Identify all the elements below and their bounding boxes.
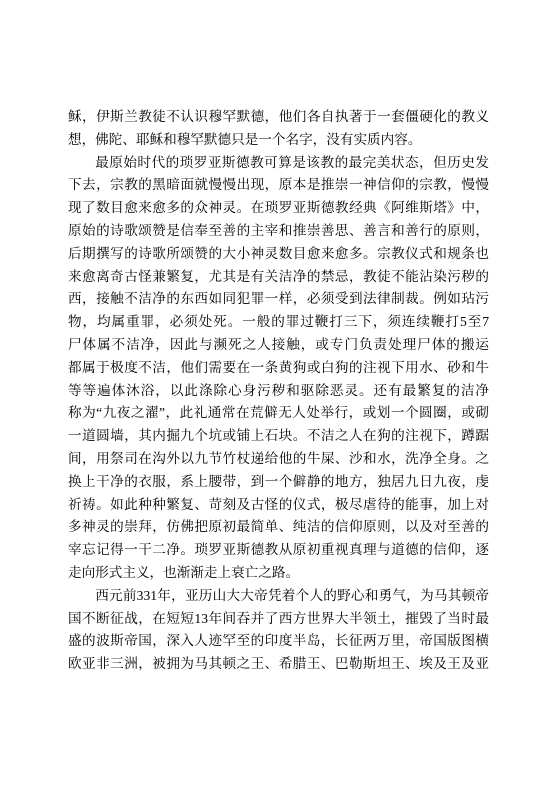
text-line: 尸体属不洁净，因此与濒死之人接触，或专门负责处理尸体的搬运工，: [68, 334, 489, 357]
text-line: 物，均属重罪，必须处死。一般的罪过鞭打三下，须连续鞭打5至7年。: [68, 311, 489, 334]
text-line: 下去，宗教的黑暗面就慢慢出现，原本是推崇一神信仰的宗教，慢慢出: [68, 174, 489, 197]
text-line: 多神灵的崇拜，仿佛把原初最简单、纯洁的信仰原则，以及对至善的主: [68, 516, 489, 539]
text-line: 欧亚非三洲，被拥为马其顿之王、希腊王、巴勒斯坦王、埃及王及亚洲: [68, 653, 489, 676]
text-line: 稣，伊斯兰教徒不认识穆罕默德，他们各自执著于一套僵硬化的教义思: [68, 106, 489, 129]
text-line: 西元前331年，亚历山大大帝凭着个人的野心和勇气，为马其顿帝: [68, 585, 489, 608]
text-line: 称为“九夜之濯”，此礼通常在荒僻无人处举行，或划一个圆圈，或砌: [68, 402, 489, 425]
text-line: 后期撰写的诗歌所颂赞的大小神灵数目愈来愈多。宗教仪式和规条也愈: [68, 243, 489, 266]
text-line: 现了数目愈来愈多的众神灵。在琐罗亚斯德教经典《阿维斯塔》中，最: [68, 197, 489, 220]
text-line: 一道圆墙，其内掘九个坑或铺上石块。不洁之人在狗的注视下，蹲踞其: [68, 425, 489, 448]
text-line: 换上干净的衣服，系上腰带，到一个僻静的地方，独居九日九夜，虔诚: [68, 471, 489, 494]
document-page: 稣，伊斯兰教徒不认识穆罕默德，他们各自执著于一套僵硬化的教义思想，佛陀、耶稣和穆…: [0, 0, 557, 794]
text-line: 想，佛陀、耶稣和穆罕默德只是一个名字，没有实质内容。: [68, 129, 489, 152]
text-line: 间，用祭司在沟外以九节竹杖递给他的牛屎、沙和水，洗净全身。之后: [68, 448, 489, 471]
text-line: 宰忘记得一干二净。琐罗亚斯德教从原初重视真理与道德的信仰，逐渐: [68, 539, 489, 562]
text-line: 来愈离奇古怪兼繁复，尤其是有关洁净的禁忌，教徒不能沾染污秽的东: [68, 266, 489, 289]
text-line: 原始的诗歌颂赞是信奉至善的主宰和推崇善思、善言和善行的原则，但: [68, 220, 489, 243]
text-line: 都属于极度不洁，他们需要在一条黄狗或白狗的注视下用水、砂和牛屎: [68, 357, 489, 380]
text-line: 西，接触不洁净的东西如同犯罪一样，必须受到法律制裁。例如玷污死: [68, 288, 489, 311]
text-line: 国不断征战，在短短13年间吞并了西方世界大半领土，摧毁了当时最强: [68, 608, 489, 631]
paragraph: 西元前331年，亚历山大大帝凭着个人的野心和勇气，为马其顿帝国不断征战，在短短1…: [68, 585, 489, 676]
text-block: 稣，伊斯兰教徒不认识穆罕默德，他们各自执著于一套僵硬化的教义思想，佛陀、耶稣和穆…: [68, 106, 489, 676]
text-line: 走向形式主义，也渐渐走上衰亡之路。: [68, 562, 489, 585]
paragraph: 稣，伊斯兰教徒不认识穆罕默德，他们各自执著于一套僵硬化的教义思想，佛陀、耶稣和穆…: [68, 106, 489, 152]
paragraph: 最原始时代的琐罗亚斯德教可算是该教的最完美状态，但历史发展下去，宗教的黑暗面就慢…: [68, 152, 489, 585]
text-line: 等等遍体沐浴，以此涤除心身污秽和驱除恶灵。还有最繁复的洁净礼，: [68, 380, 489, 403]
text-line: 盛的波斯帝国，深入人迹罕至的印度半岛，长征两万里，帝国版图横跨: [68, 630, 489, 653]
text-line: 祈祷。如此种种繁复、苛刻及古怪的仪式，极尽虐待的能事，加上对众: [68, 494, 489, 517]
text-line: 最原始时代的琐罗亚斯德教可算是该教的最完美状态，但历史发展: [68, 152, 489, 175]
